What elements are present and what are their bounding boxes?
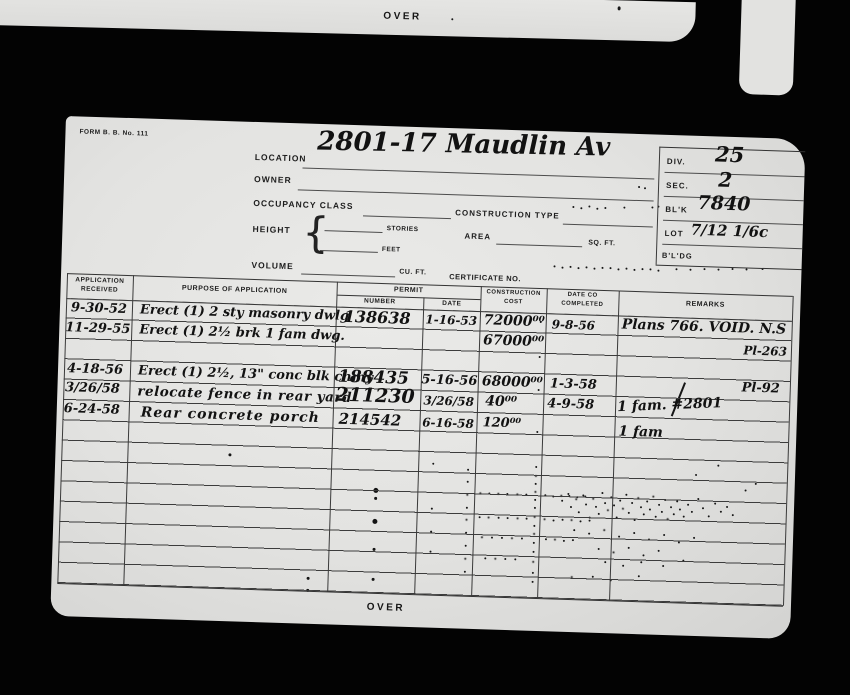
table-cell-number: 138638 <box>344 307 411 329</box>
bldg-label: B'L'DG <box>662 251 693 261</box>
form-number: FORM B. B. No. 111 <box>79 128 148 137</box>
table-cell-cost: 68000⁰⁰ <box>482 371 544 393</box>
film-noise-dots <box>66 116 68 118</box>
cuft-label: CU. FT. <box>399 269 426 277</box>
table-cell-completed: 9-8-56 <box>551 314 595 335</box>
location-label: LOCATION <box>255 152 307 164</box>
microfilm-scan: { "film": { "over_top": "OVER", "over_bo… <box>0 0 850 695</box>
header-date-co: DATE CO <box>547 291 619 299</box>
table-row-lines <box>57 298 792 606</box>
table-cell-remarks: 1 fam. #2801 <box>617 393 723 417</box>
table-cell-completed: 4-9-58 <box>547 394 595 415</box>
table-cell-received: 9-30-52 <box>68 298 131 320</box>
table-cell-cost: 67000⁰⁰ <box>483 330 545 352</box>
header-construction: CONSTRUCTION <box>481 289 547 297</box>
table-cell-cost: 120⁰⁰ <box>482 413 521 434</box>
table-cell-cost: 40⁰⁰ <box>485 391 517 412</box>
height-label: HEIGHT <box>252 224 290 235</box>
previous-card-strip: OVER <box>0 0 696 42</box>
div-value: 25 <box>715 144 745 165</box>
table-cell-received: 11-29-55 <box>65 318 128 340</box>
owner-label: OWNER <box>254 174 292 185</box>
div-label: DIV. <box>667 157 686 167</box>
lot-label: LOT <box>664 229 683 239</box>
table-cell-remarks: Pl-263 <box>715 340 788 362</box>
header-application: APPLICATION <box>67 276 133 285</box>
blk-value: 7840 <box>697 193 750 215</box>
sec-value: 2 <box>718 170 733 190</box>
table-cell-received: 3/26/58 <box>61 378 124 400</box>
volume-label: VOLUME <box>251 260 294 271</box>
location-value: 2801-17 Maudlin Av <box>317 131 610 157</box>
certificate-label: CERTIFICATE NO. <box>449 272 521 283</box>
header-received: RECEIVED <box>66 285 132 294</box>
header-number: NUMBER <box>336 297 423 307</box>
lot-value: 7/12 1/6c <box>690 220 768 242</box>
table-cell-cost: 72000⁰⁰ <box>483 310 545 332</box>
construction-type-label: CONSTRUCTION TYPE <box>455 208 560 220</box>
sec-label: SEC. <box>666 181 689 191</box>
over-label-bottom: OVER <box>367 602 406 614</box>
table-cell-date: 1-16-53 <box>422 309 480 331</box>
blk-label: BL'K <box>665 205 688 215</box>
table-cell-date: 5-16-56 <box>421 370 479 392</box>
header-purpose: PURPOSE OF APPLICATION <box>133 283 337 296</box>
table-cell-received: 6-24-58 <box>60 399 123 421</box>
feet-label: FEET <box>382 246 401 254</box>
table-cell-date: 3/26/58 <box>420 390 478 412</box>
header-completed: COMPLETED <box>546 300 618 308</box>
building-record-card: FORM B. B. No. 111 LOCATION 2801-17 Maud… <box>50 116 805 639</box>
film-speck <box>618 6 621 10</box>
parcel-box-border <box>656 147 661 265</box>
stories-label: STORIES <box>387 225 419 233</box>
header-date: DATE <box>423 299 480 308</box>
table-cell-date: 6-16-58 <box>419 412 477 434</box>
area-label: AREA <box>464 232 491 242</box>
table-cell-number: 214542 <box>338 409 401 431</box>
sqft-label: SQ. FT. <box>588 239 615 247</box>
adjacent-card-corner <box>739 0 796 96</box>
header-remarks: REMARKS <box>618 298 792 310</box>
table-cell-completed: 1-3-58 <box>549 374 597 395</box>
film-speck <box>451 18 453 20</box>
header-cost: COST <box>480 298 546 306</box>
over-label-top: OVER <box>383 11 422 23</box>
table-cell-number: 211230 <box>335 385 415 407</box>
table-cell-remarks: 1 fam <box>618 422 663 443</box>
